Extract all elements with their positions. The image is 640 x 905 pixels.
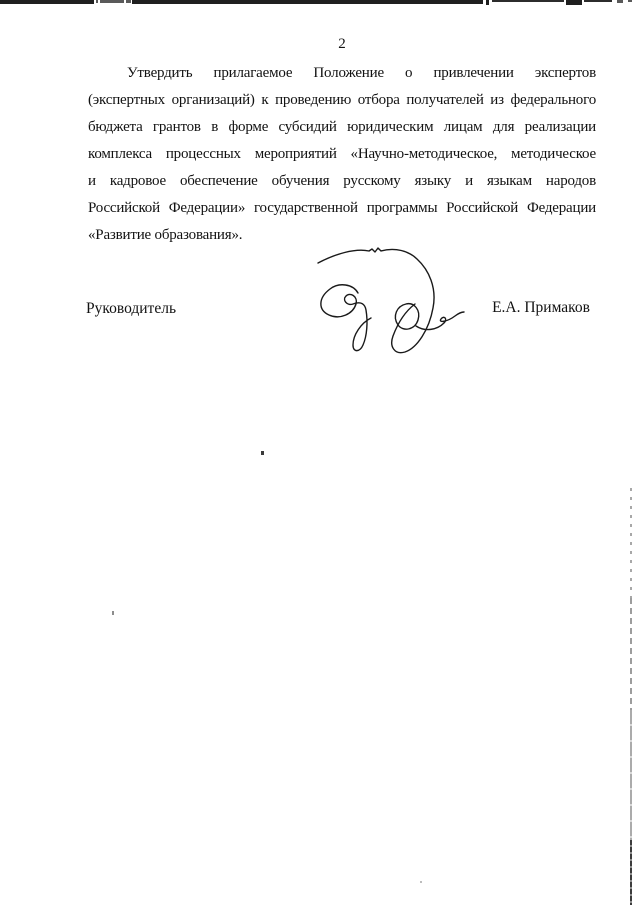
scan-artifact-segment xyxy=(617,0,623,3)
paragraph-line: Российской Федерации» государственной пр… xyxy=(88,195,596,222)
scan-artifact-segment xyxy=(132,0,483,4)
signatory-name: Е.А. Примаков xyxy=(492,299,590,317)
scan-speck xyxy=(420,881,422,883)
body-paragraph: Утвердить прилагаемое Положение о привле… xyxy=(88,60,596,249)
scan-artifact-dashes xyxy=(630,488,632,598)
scanned-document-page: 2 Утвердить прилагаемое Положение о прив… xyxy=(0,0,640,905)
scan-artifact-segment xyxy=(126,0,131,3)
scan-artifact-segment xyxy=(486,0,489,5)
page-number: 2 xyxy=(88,36,596,53)
paragraph-line: «Развитие образования». xyxy=(88,222,596,249)
paragraph-line: бюджета грантов в форме субсидий юридиче… xyxy=(88,114,596,141)
scan-speck xyxy=(261,451,264,455)
paragraph-line: и кадровое обеспечение обучения русскому… xyxy=(88,168,596,195)
handwritten-signature-image xyxy=(303,246,468,358)
scan-artifact-segment xyxy=(566,0,582,5)
scan-artifact-dashes xyxy=(630,710,632,840)
scan-artifact-segment xyxy=(492,0,564,2)
paragraph-line: Утвердить прилагаемое Положение о привле… xyxy=(88,60,596,87)
scan-artifact-dashes xyxy=(630,598,632,710)
scan-artifact-segment xyxy=(584,0,612,2)
scan-artifact-segment xyxy=(0,0,94,4)
paragraph-line: (экспертных организаций) к проведению от… xyxy=(88,87,596,114)
scan-artifact-segment xyxy=(100,0,124,3)
signatory-role: Руководитель xyxy=(86,300,176,318)
scan-artifact-dashes xyxy=(630,840,632,905)
scan-artifact-segment xyxy=(628,0,632,2)
scan-artifact-segment xyxy=(96,0,98,3)
paragraph-line: комплекса процессных мероприятий «Научно… xyxy=(88,141,596,168)
scan-speck xyxy=(112,611,114,615)
